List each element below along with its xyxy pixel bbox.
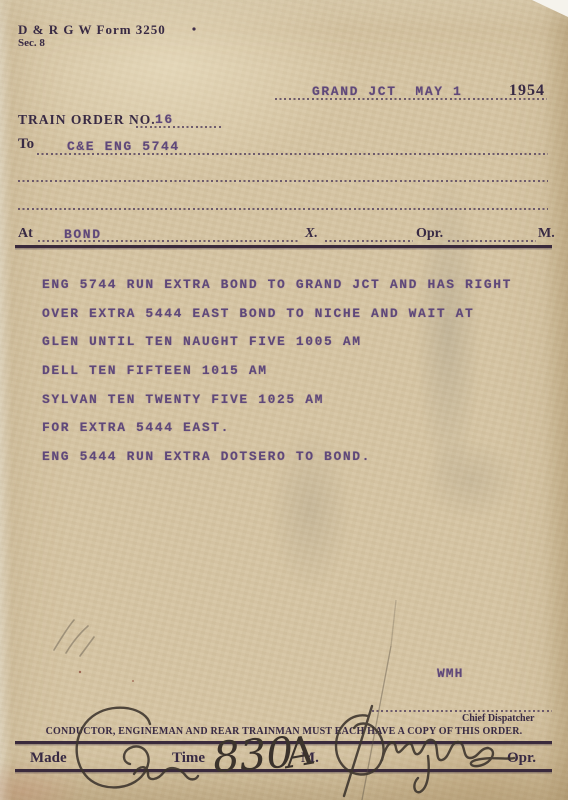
footer-m-label: M.	[301, 750, 319, 767]
paper-crease	[391, 600, 396, 646]
header-divider-rule	[15, 245, 552, 248]
made-label: Made	[30, 750, 67, 767]
footer-opr-label: Opr.	[507, 750, 536, 767]
address-continuation-line-1	[18, 180, 548, 182]
at-label: At	[18, 226, 33, 242]
train-order-no-value: 16	[155, 113, 174, 126]
dispatcher-initials: WMH	[437, 667, 463, 680]
paper-crease	[362, 646, 391, 800]
rust-speck	[132, 680, 134, 682]
order-line: DELL TEN FIFTEEN 1015 AM	[42, 364, 512, 393]
train-order-no-label: TRAIN ORDER NO.	[18, 112, 156, 128]
torn-corner	[532, 0, 568, 17]
form-section: Sec. 8	[18, 37, 45, 49]
opr-label: Opr.	[416, 226, 443, 242]
order-line: OVER EXTRA 5444 EAST BOND TO NICHE AND W…	[42, 307, 512, 336]
year-printed: 1954	[509, 82, 545, 100]
pencil-marks	[54, 620, 94, 656]
order-line: SYLVAN TEN TWENTY FIVE 1025 AM	[42, 393, 512, 422]
order-body: ENG 5744 RUN EXTRA BOND TO GRAND JCT AND…	[42, 278, 512, 479]
m-label: M.	[538, 226, 555, 242]
footer-bottom-rule	[15, 769, 552, 772]
copy-notice: CONDUCTOR, ENGINEMAN AND REAR TRAINMAN M…	[0, 726, 568, 737]
rust-speck	[79, 671, 81, 673]
order-line: FOR EXTRA 5444 EAST.	[42, 421, 512, 450]
ink-speck	[192, 27, 195, 30]
order-line: ENG 5444 RUN EXTRA DOTSERO TO BOND.	[42, 450, 512, 479]
opr-dotted-line	[448, 240, 536, 242]
time-label: Time	[172, 750, 205, 767]
x-label: X.	[305, 226, 318, 242]
chief-dispatcher-label: Chief Dispatcher	[462, 713, 535, 724]
x-dotted-line	[325, 240, 413, 242]
order-line: ENG 5744 RUN EXTRA BOND TO GRAND JCT AND…	[42, 278, 512, 307]
handwritten-made-entry: Com	[77, 708, 198, 788]
form-number: D & R G W Form 3250	[18, 22, 166, 38]
to-label: To	[18, 136, 34, 153]
date-typed-value: GRAND JCT MAY 1	[312, 85, 462, 98]
address-continuation-line-2	[18, 208, 548, 210]
train-order-no-dotted-line	[136, 126, 222, 128]
to-value: C&E ENG 5744	[67, 140, 180, 153]
order-line: GLEN UNTIL TEN NAUGHT FIVE 1005 AM	[42, 335, 512, 364]
at-value: BOND	[64, 228, 102, 241]
chief-dispatcher-dotted-line	[372, 710, 552, 712]
footer-top-rule	[15, 741, 552, 744]
train-order-form: D & R G W Form 3250 Sec. 8 GRAND JCT MAY…	[0, 0, 568, 800]
